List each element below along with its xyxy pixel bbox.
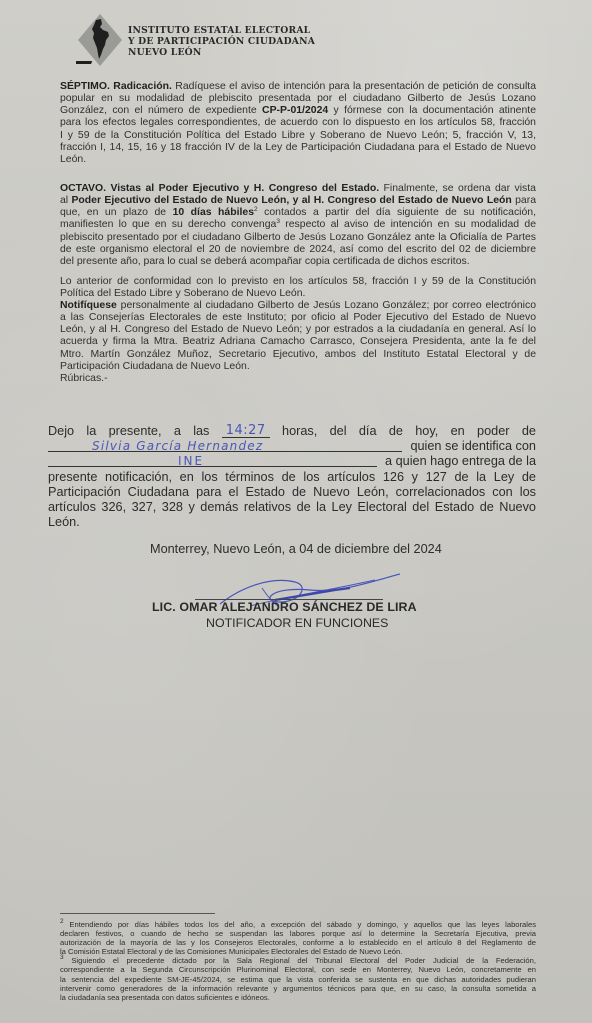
text-line: Notifíquese personalmente al ciudadano G…: [60, 300, 536, 312]
institution-line: Y DE PARTICIPACIÓN CIUDADANA: [128, 36, 315, 47]
bold-fragment: Poder Ejecutivo del Estado de Nuevo León…: [71, 195, 511, 206]
section-septimo: SÉPTIMO. Radicación. Radíquese el aviso …: [60, 81, 536, 166]
text-line: León.: [48, 515, 536, 530]
signer-name: LIC. OMAR ALEJANDRO SÁNCHEZ DE LIRA: [152, 600, 417, 614]
text-line: presente notificación, en los términos d…: [48, 470, 536, 485]
text-line: popular en su modalidad de plebiscito pr…: [60, 93, 536, 105]
text-line: fracción I, 14, 15, 16 y 18 fracción IV …: [60, 142, 536, 154]
text-line: Silvia García Hernandez quien se identif…: [48, 439, 536, 454]
text-line: OCTAVO. Vistas al Poder Ejecutivo y H. C…: [60, 183, 536, 195]
word: en: [451, 424, 465, 439]
section-conformidad: Lo anterior de conformidad con lo previs…: [60, 276, 536, 300]
recipient-name-field[interactable]: Silvia García Hernandez: [48, 439, 402, 452]
footnote-divider: [60, 913, 215, 914]
footnote-line: 3 Siguiendo el precedente dictado por la…: [60, 956, 536, 965]
text-line: artículos 326, 327, 328 y demás relativo…: [48, 500, 536, 515]
text-fragment: Radíquese el aviso de intención para la …: [172, 81, 536, 92]
footnote-line: intervenir como generadores de la inform…: [60, 984, 536, 993]
word: de: [389, 424, 403, 439]
text-line: León.: [60, 154, 536, 166]
text-fragment: para: [512, 195, 536, 206]
text-line: a las Consejerías Electorales de este In…: [60, 312, 536, 324]
text-fragment: contados a partir del día siguiente de s…: [258, 207, 536, 218]
handwritten-time: 14:27: [226, 423, 266, 438]
handwritten-recipient: Silvia García Hernandez: [92, 439, 263, 454]
text-fragment: Entendiendo por días hábiles todos los d…: [64, 920, 536, 929]
identification-field[interactable]: INE: [48, 454, 377, 467]
word: presente,: [109, 424, 162, 439]
text-line: INE a quien hago entrega de la: [48, 454, 536, 469]
text-line: al Poder Ejecutivo del Estado de Nuevo L…: [60, 195, 536, 207]
signer-role: NOTIFICADOR EN FUNCIONES: [206, 616, 388, 630]
word: Dejo: [48, 424, 74, 439]
word: las: [193, 424, 209, 439]
text-line: I y 59 de la Constitución Política del E…: [60, 130, 536, 142]
institution-line: INSTITUTO ESTATAL ELECTORAL: [128, 25, 315, 36]
word: poder: [477, 424, 509, 439]
word: a: [174, 424, 181, 439]
document-header: INSTITUTO ESTATAL ELECTORAL Y DE PARTICI…: [76, 12, 496, 70]
text-fragment: que, en un plazo de: [60, 207, 173, 218]
text-line: acuerda y firma la Mtra. Beatriz Adriana…: [60, 336, 536, 348]
word: hoy,: [415, 424, 438, 439]
text-line: Dejo la presente, a las 14:27 horas, del…: [48, 424, 536, 439]
text-line: SÉPTIMO. Radicación. Radíquese el aviso …: [60, 81, 536, 93]
text-fragment: personalmente al ciudadano Gilberto de J…: [117, 300, 536, 311]
text-line: Participación Ciudadana para el Estado d…: [48, 485, 536, 500]
text-fragment: manifiesten lo que en su derecho conveng…: [60, 219, 276, 230]
footnote-line: declaren festivos, o cuando de hecho se …: [60, 929, 536, 938]
text-line: del presente año, para lo cual se deberá…: [60, 256, 536, 268]
rubricas-text: Rúbricas.-: [60, 373, 536, 385]
text-line: González, con el número de expediente CP…: [60, 105, 536, 117]
text-line: León, y al H. Congreso del Estado de Nue…: [60, 324, 536, 336]
footnote-line: 2 Entendiendo por días hábiles todos los…: [60, 920, 536, 929]
text-line: plebiscito presentado por el ciudadano G…: [60, 232, 536, 244]
institution-line: NUEVO LEÓN: [128, 47, 315, 58]
institution-name: INSTITUTO ESTATAL ELECTORAL Y DE PARTICI…: [128, 25, 315, 58]
word: del: [330, 424, 347, 439]
section-heading: OCTAVO. Vistas al Poder Ejecutivo y H. C…: [60, 183, 379, 194]
footnotes: 2 Entendiendo por días hábiles todos los…: [60, 920, 536, 1002]
footnote-line: la Comisión Estatal Electoral y de las C…: [60, 947, 536, 956]
document-page: INSTITUTO ESTATAL ELECTORAL Y DE PARTICI…: [0, 0, 592, 1023]
time-field[interactable]: 14:27: [222, 424, 270, 438]
text-line: que, en un plazo de 10 días hábiles2 con…: [60, 207, 536, 219]
nuevo-leon-logo-icon: [76, 12, 124, 68]
expediente-number: CP-P-01/2024: [262, 105, 328, 116]
text-line: Mtro. Martín González Muñoz, Secretario …: [60, 349, 536, 361]
section-notifiquese: Notifíquese personalmente al ciudadano G…: [60, 300, 536, 385]
text-fragment: respecto al aviso de intención en su mod…: [280, 219, 536, 230]
text-line: Participación Ciudadana de Nuevo León.: [60, 361, 536, 373]
text-line: Lo anterior de conformidad con lo previs…: [60, 276, 536, 288]
section-heading: SÉPTIMO. Radicación.: [60, 81, 172, 92]
text-fragment: y fórmese con la documentación atinente: [328, 105, 536, 116]
text-line: manifiesten lo que en su derecho conveng…: [60, 219, 536, 231]
text-line: Política del Estado Libre y Soberano de …: [60, 288, 536, 300]
handwritten-id: INE: [178, 454, 204, 469]
footnote-line: correspondiente a la Segunda Circunscrip…: [60, 965, 536, 974]
text-fragment: González, con el número de expediente: [60, 105, 262, 116]
footnote-line: la sentencia del expediente SM-JE-45/202…: [60, 975, 536, 984]
section-heading: Notifíquese: [60, 300, 117, 311]
text-fragment: Finalmente, se ordena dar vista: [379, 183, 536, 194]
word: la: [86, 424, 96, 439]
text-line: para los efectos legales correspondiente…: [60, 117, 536, 129]
bold-fragment: 10 días hábiles: [173, 207, 254, 218]
word: día: [359, 424, 377, 439]
text-fragment: a quien hago entrega de la: [385, 454, 536, 469]
section-octavo: OCTAVO. Vistas al Poder Ejecutivo y H. C…: [60, 183, 536, 268]
text-fragment: Siguiendo el precedente dictado por la S…: [64, 956, 536, 965]
place-and-date: Monterrey, Nuevo León, a 04 de diciembre…: [150, 542, 442, 556]
text-line: de este organismo electoral el 20 de nov…: [60, 244, 536, 256]
word: de: [522, 424, 536, 439]
text-fragment: quien se identifica con: [410, 439, 536, 454]
footnote-line: la ciudadanía sea presentada con datos s…: [60, 993, 536, 1002]
text-fragment: al: [60, 195, 71, 206]
word: horas,: [282, 424, 317, 439]
footnote-line: autorización de la mayoría de las y los …: [60, 938, 536, 947]
delivery-statement: Dejo la presente, a las 14:27 horas, del…: [48, 424, 536, 530]
